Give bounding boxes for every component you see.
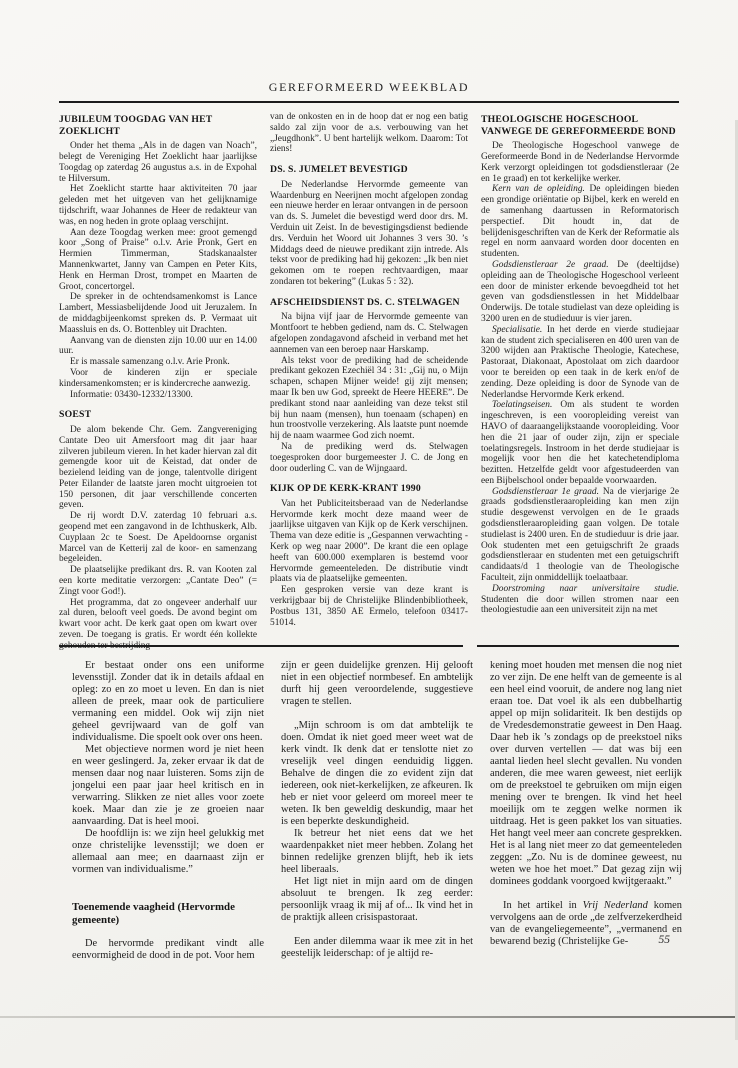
top-column-3: THEOLOGISCHE HOGESCHOOL VANWEGE DE GEREF…: [481, 112, 679, 652]
paragraph: De spreker in de ochtendsamenkomst is La…: [59, 292, 257, 335]
paragraph: Onder het thema „Als in de dagen van Noa…: [59, 141, 257, 184]
paragraph: Kern van de opleiding. De opleidingen bi…: [481, 184, 679, 260]
paragraph: Van het Publiciteitsberaad van de Nederl…: [270, 499, 468, 585]
article-heading: Toenemende vaagheid (Hervormde gemeente): [72, 901, 264, 926]
paragraph: Met objectieve normen word je niet heen …: [72, 744, 264, 828]
bottom-column-3: kening moet houden met mensen die nog ni…: [490, 660, 682, 962]
paragraph: Godsdienstleraar 1e graad. Na de vierjar…: [481, 487, 679, 584]
page-number: 55: [659, 934, 671, 946]
paragraph: Ik betreur het niet eens dat we het waar…: [281, 828, 473, 876]
paragraph: De alom bekende Chr. Gem. Zangvereniging…: [59, 425, 257, 511]
section-divider-left: [59, 645, 463, 647]
article-heading: AFSCHEIDSDIENST DS. C. STELWAGEN: [270, 297, 468, 309]
paragraph: De hoofdlijn is: we zijn heel gelukkig m…: [72, 828, 264, 876]
paragraph: De Nederlandse Hervormde gemeente van Wa…: [270, 180, 468, 288]
paragraph: Aanvang van de diensten zijn 10.00 uur e…: [59, 336, 257, 358]
paragraph: Een gesproken versie van deze krant is v…: [270, 585, 468, 628]
paragraph: De rij wordt D.V. zaterdag 10 februari a…: [59, 511, 257, 565]
paragraph: In het artikel in Vrij Nederland komen v…: [490, 900, 682, 948]
bottom-interview-section: Er bestaat onder ons een uniforme levens…: [72, 660, 682, 962]
paragraph: zijn er geen duidelijke grenzen. Hij gel…: [281, 660, 473, 708]
top-column-1: JUBILEUM TOOGDAG VAN HET ZOEKLICHTOnder …: [59, 112, 257, 652]
paragraph: Er bestaat onder ons een uniforme levens…: [72, 660, 264, 744]
top-news-section: JUBILEUM TOOGDAG VAN HET ZOEKLICHTOnder …: [59, 112, 679, 652]
paragraph: „Mijn schroom is om dat ambtelijk te doe…: [281, 720, 473, 828]
article-heading: JUBILEUM TOOGDAG VAN HET ZOEKLICHT: [59, 114, 257, 137]
paragraph: De hervormde predikant vindt alle eenvor…: [72, 938, 264, 962]
masthead-title: GEREFORMEERD WEEKBLAD: [0, 80, 738, 95]
paragraph: Voor de kinderen zijn er speciale kinder…: [59, 368, 257, 390]
section-divider-right: [477, 645, 679, 647]
newspaper-page: GEREFORMEERD WEEKBLAD JUBILEUM TOOGDAG V…: [0, 0, 738, 1068]
article-heading: KIJK OP DE KERK-KRANT 1990: [270, 483, 468, 495]
paragraph: kening moet houden met mensen die nog ni…: [490, 660, 682, 888]
paragraph: Het programma, dat zo ongeveer anderhalf…: [59, 598, 257, 652]
paragraph: Als tekst voor de prediking had de schei…: [270, 356, 468, 442]
paragraph: Godsdienstleraar 2e graad. De (deeltijds…: [481, 260, 679, 325]
scan-artifact-line: [0, 1016, 738, 1018]
paragraph: Informatie: 03430-12332/13300.: [59, 390, 257, 401]
masthead-rule: [59, 101, 679, 103]
paragraph: Specialisatie. In het derde en vierde st…: [481, 325, 679, 401]
top-column-2: van de onkosten en in de hoop dat er nog…: [270, 112, 468, 652]
paragraph: Na bijna vijf jaar de Hervormde gemeente…: [270, 312, 468, 355]
bottom-column-1: Er bestaat onder ons een uniforme levens…: [72, 660, 264, 962]
paragraph: De plaatselijke predikant drs. R. van Ko…: [59, 565, 257, 597]
paragraph: van de onkosten en in de hoop dat er nog…: [270, 112, 468, 155]
article-heading: DS. S. JUMELET BEVESTIGD: [270, 164, 468, 176]
paragraph: Het ligt niet in mijn aard om de dingen …: [281, 876, 473, 924]
paragraph: De Theologische Hogeschool vanwege de Ge…: [481, 141, 679, 184]
paragraph: Doorstroming naar universitaire studie. …: [481, 584, 679, 616]
paragraph: Het Zoeklicht startte haar aktiviteiten …: [59, 184, 257, 227]
paragraph: Na de prediking werd ds. Stelwagen toege…: [270, 442, 468, 474]
article-heading: THEOLOGISCHE HOGESCHOOL VANWEGE DE GEREF…: [481, 114, 679, 137]
paragraph: Aan deze Toogdag werken mee: groot gemen…: [59, 228, 257, 293]
article-heading: SOEST: [59, 409, 257, 421]
bottom-column-2: zijn er geen duidelijke grenzen. Hij gel…: [281, 660, 473, 962]
paragraph: Toelatingseisen. Om als student te worde…: [481, 400, 679, 486]
paragraph: Er is massale samenzang o.l.v. Arie Pron…: [59, 357, 257, 368]
paragraph: Een ander dilemma waar ik mee zit in het…: [281, 936, 473, 960]
